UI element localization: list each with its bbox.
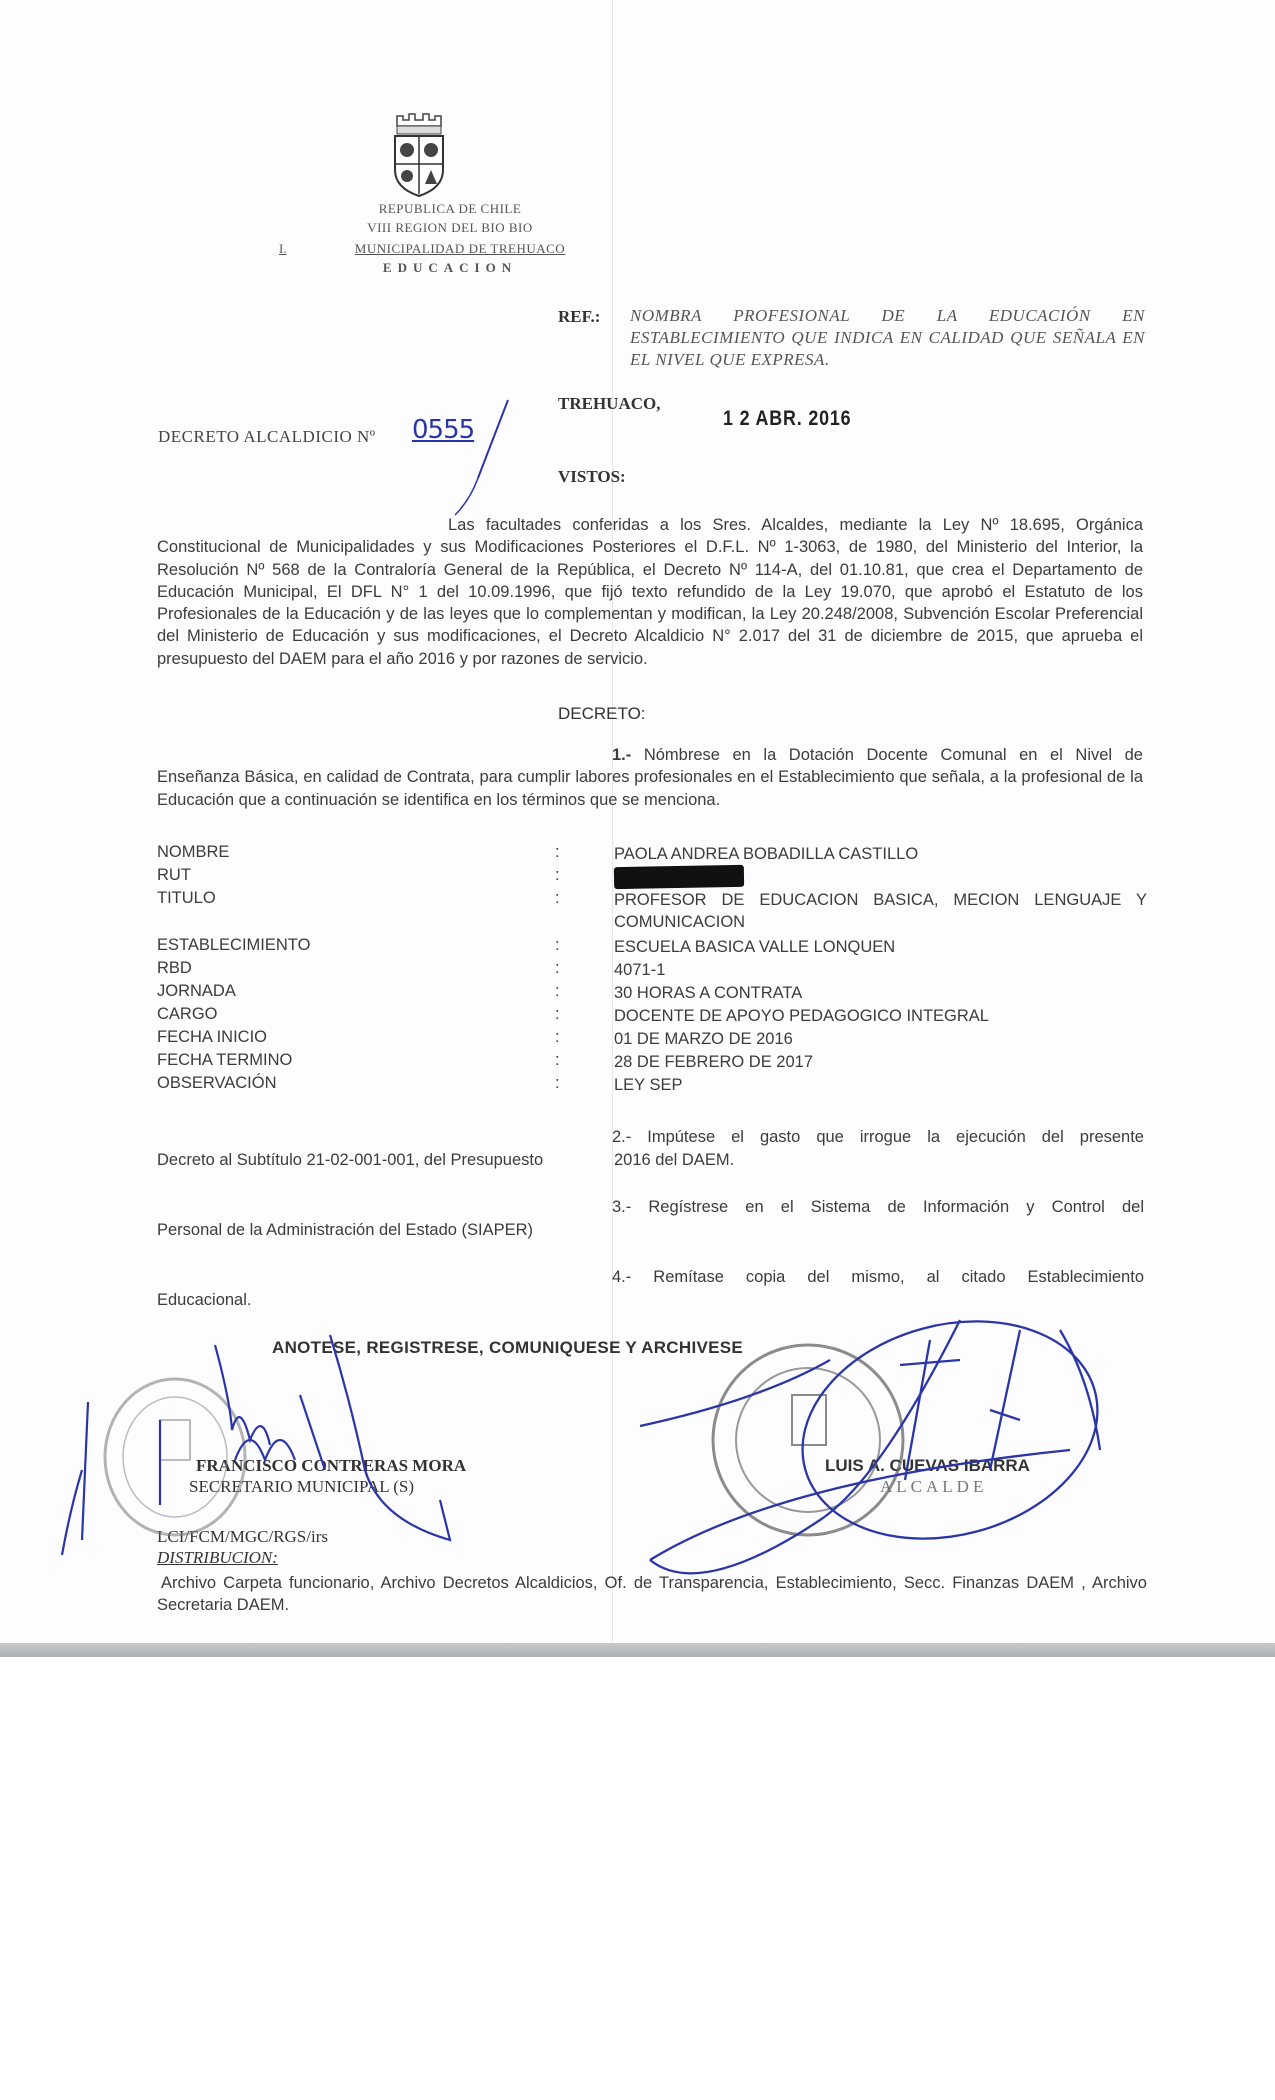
decreto-item-3-line1: 3.- Regístrese en el Sistema de Informac… <box>612 1198 1144 1217</box>
decreto-item-1: 1.- Nómbrese en la Dotación Docente Comu… <box>157 744 1143 811</box>
field-label: RUT <box>157 866 191 885</box>
field-label: RBD <box>157 959 192 978</box>
distribution-heading: DISTRIBUCION: <box>157 1548 278 1568</box>
coat-of-arms-icon <box>389 112 449 198</box>
field-label: NOMBRE <box>157 843 229 862</box>
date-stamp: 1 2 ABR. 2016 <box>723 407 851 431</box>
field-separator: : <box>555 843 560 862</box>
field-label: ESTABLECIMIENTO <box>157 936 310 955</box>
decree-number-handwritten: 0555 <box>412 415 474 445</box>
field-label: CARGO <box>157 1005 218 1024</box>
vistos-text: Las facultades conferidas a los Sres. Al… <box>157 514 1143 670</box>
field-value: 28 DE FEBRERO DE 2017 <box>614 1051 1147 1073</box>
decreto-heading: DECRETO: <box>558 704 646 724</box>
field-value: LEY SEP <box>614 1074 1147 1096</box>
field-separator: : <box>555 1005 560 1024</box>
field-value: 4071-1 <box>614 959 1147 981</box>
decreto-item-2-left: Decreto al Subtítulo 21-02-001-001, del … <box>157 1151 543 1170</box>
field-separator: : <box>555 982 560 1001</box>
field-value: PAOLA ANDREA BOBADILLA CASTILLO <box>614 843 1147 865</box>
field-value: 01 DE MARZO DE 2016 <box>614 1028 1147 1050</box>
header-department: EDUCACION <box>300 260 600 276</box>
document-page <box>0 0 1275 1655</box>
decreto-item-2-line1: 2.- Impútese el gasto que irrogue la eje… <box>612 1128 1144 1147</box>
field-separator: : <box>555 1028 560 1047</box>
closing-formula: ANOTESE, REGISTRESE, COMUNIQUESE Y ARCHI… <box>272 1338 743 1358</box>
field-label: FECHA INICIO <box>157 1028 267 1047</box>
page-fold-line <box>612 0 613 1645</box>
item-text: Nómbrese en la Dotación Docente Comunal … <box>157 746 1143 809</box>
scan-edge <box>0 1643 1275 1657</box>
signatory-mayor-title: ALCALDE <box>880 1477 987 1497</box>
field-value: 30 HORAS A CONTRATA <box>614 982 1147 1004</box>
field-label: FECHA TERMINO <box>157 1051 292 1070</box>
ref-text: NOMBRA PROFESIONAL DE LA EDUCACIÓN EN ES… <box>630 305 1145 371</box>
field-separator: : <box>555 1051 560 1070</box>
place-label: TREHUACO, <box>558 394 660 414</box>
initials: LCI/FCM/MGC/RGS/irs <box>157 1527 328 1547</box>
decreto-item-4-line1: 4.- Remítase copia del mismo, al citado … <box>612 1268 1144 1287</box>
field-label: TITULO <box>157 889 216 908</box>
vistos-heading: VISTOS: <box>558 467 626 487</box>
ref-label: REF.: <box>558 307 600 327</box>
decree-number-label: DECRETO ALCALDICIO Nº <box>158 427 376 447</box>
header-prefix: I. <box>279 241 287 257</box>
field-separator: : <box>555 889 560 908</box>
decreto-item-4-left: Educacional. <box>157 1291 251 1310</box>
field-value: ESCUELA BASICA VALLE LONQUEN <box>614 936 1147 958</box>
decreto-item-2-right: 2016 del DAEM. <box>614 1151 734 1170</box>
field-label: OBSERVACIÓN <box>157 1074 277 1093</box>
header-municipality: MUNICIPALIDAD DE TREHUACO <box>310 241 610 257</box>
item-number: 1.- <box>612 746 631 764</box>
signatory-secretary-name: FRANCISCO CONTRERAS MORA <box>196 1456 466 1476</box>
field-separator: : <box>555 959 560 978</box>
header-republic: REPUBLICA DE CHILE <box>300 201 600 217</box>
signatory-secretary-title: SECRETARIO MUNICIPAL (S) <box>189 1477 414 1497</box>
signatory-mayor-name: LUIS A. CUEVAS IBARRA <box>825 1456 1030 1476</box>
field-label: JORNADA <box>157 982 236 1001</box>
field-separator: : <box>555 866 560 885</box>
field-separator: : <box>555 1074 560 1093</box>
field-value: PROFESOR DE EDUCACION BASICA, MECION LEN… <box>614 889 1147 933</box>
field-separator: : <box>555 936 560 955</box>
distribution-text: Archivo Carpeta funcionario, Archivo Dec… <box>157 1572 1147 1617</box>
redaction-bar <box>614 865 744 889</box>
field-value: DOCENTE DE APOYO PEDAGOGICO INTEGRAL <box>614 1005 1147 1027</box>
header-region: VIII REGION DEL BIO BIO <box>300 220 600 236</box>
decreto-item-3-left: Personal de la Administración del Estado… <box>157 1221 533 1240</box>
